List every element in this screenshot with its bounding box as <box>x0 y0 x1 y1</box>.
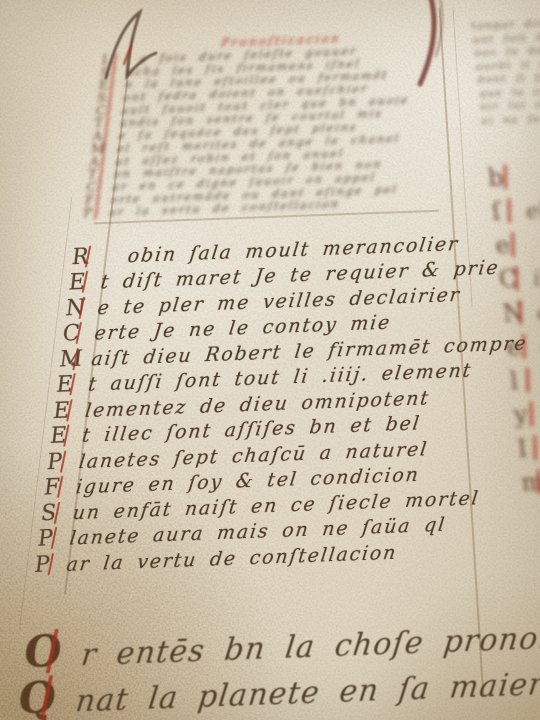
lower-verse-block: O r entēs bn la choſe prononcie Q nat la… <box>16 606 540 720</box>
versal-initial: P <box>33 551 68 577</box>
versal-initial: l <box>509 366 540 395</box>
versal-initial: P <box>36 526 71 552</box>
versal-initial: F <box>43 475 78 501</box>
versal-initial: R <box>70 244 105 270</box>
versal-initial: C <box>61 321 96 347</box>
large-decorated-initial: Q <box>15 673 79 720</box>
versal-initial: S <box>39 500 74 526</box>
versal-initial: e <box>494 230 531 259</box>
lower-verse-lines: O r entēs bn la choſe prononcie Q nat la… <box>16 606 540 720</box>
versal-initial: E <box>67 270 102 296</box>
versal-initial: e <box>505 332 540 361</box>
versal-initial: N <box>501 298 538 327</box>
versal-initial: E <box>52 398 87 424</box>
upper-verse-block: Pronoſticacion L a fois dure ſeleſte gou… <box>77 3 540 219</box>
versal-initial: I <box>516 434 540 463</box>
versal-initial: m <box>520 468 540 497</box>
middle-verse-block: R obin ſala moult merancolier E t diſt m… <box>33 222 540 578</box>
upper-verse-lines: L a fois dure ſeleſte gouuer S ucha les … <box>83 30 540 218</box>
versal-initial: ſ <box>490 197 527 226</box>
manuscript-photo: Pronoſticacion L a fois dure ſeleſte gou… <box>0 0 540 720</box>
versal-initial: E <box>49 423 84 449</box>
versal-initial: b <box>486 163 523 192</box>
versal-initial: C <box>498 264 535 293</box>
manuscript-page: Pronoſticacion L a fois dure ſeleſte gou… <box>16 3 540 720</box>
verse-text: nat la planete en ſa maiere <box>74 667 540 720</box>
second-column-text: tonpar dime ſe ant ſoit mis el uoz ſe do… <box>471 12 540 128</box>
ink-speck <box>71 362 75 366</box>
versal-initial: y <box>512 400 540 429</box>
versal-initial: P <box>46 449 81 475</box>
versal-initial: E <box>55 372 90 398</box>
versal-initial: P <box>82 205 110 221</box>
versal-initial: N <box>64 295 99 321</box>
versal-initial: M <box>58 346 93 372</box>
large-decorated-initial: O <box>21 626 85 678</box>
middle-verse-lines: R obin ſala moult merancolier E t diſt m… <box>33 222 540 578</box>
verse-line: b <box>486 156 540 198</box>
